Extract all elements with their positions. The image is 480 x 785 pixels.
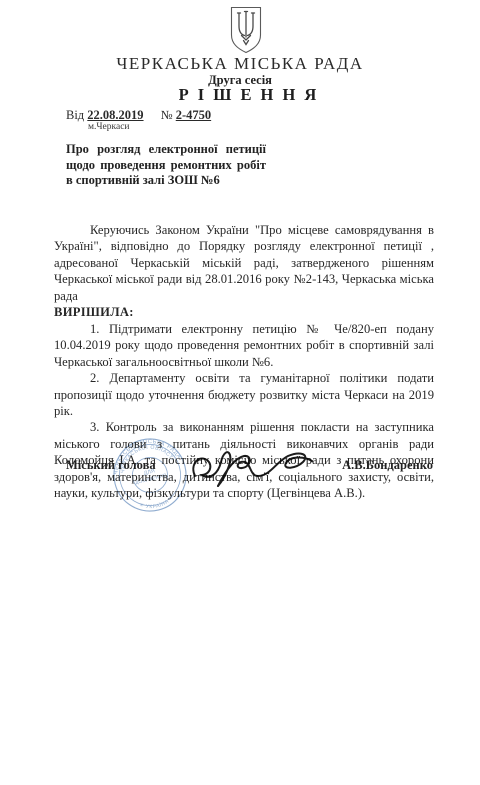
scanned-decision-document: ЧЕРКАСЬКА МІСЬКА РАДА Друга сесія РІШЕНН… (0, 0, 480, 785)
date-label: Від (66, 108, 84, 122)
document-number: 2-4750 (176, 108, 211, 122)
document-date: 22.08.2019 (87, 108, 143, 122)
resolution-item-1: 1. Підтримати електронну петицію № Че/82… (54, 321, 434, 370)
ukraine-trident-emblem-icon (228, 6, 264, 54)
signer-name: А.В.Бондаренко (342, 458, 433, 473)
subject-paragraph: Про розгляд електронної петиції щодо про… (66, 142, 266, 189)
resolution-item-2: 2. Департаменту освіти та гуманітарної п… (54, 370, 434, 419)
city-line: м.Черкаси (88, 122, 130, 132)
document-type-heading: РІШЕННЯ (12, 85, 480, 105)
date-number-line: Від 22.08.2019 № 2-4750 (66, 108, 211, 123)
organization-title: ЧЕРКАСЬКА МІСЬКА РАДА (0, 54, 480, 74)
resolved-label: ВИРІШИЛА: (54, 304, 434, 320)
number-label: № (161, 108, 173, 122)
preamble-paragraph: Керуючись Законом України "Про місцеве с… (54, 222, 434, 304)
handwritten-signature (188, 436, 320, 494)
